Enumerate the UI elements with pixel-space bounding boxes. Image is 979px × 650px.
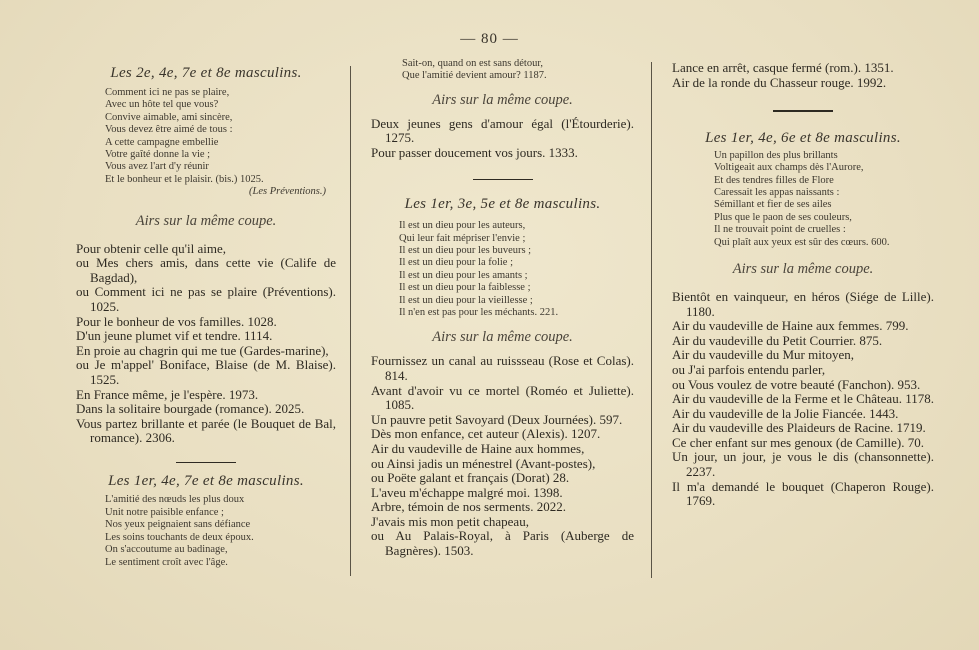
air-entry: Air du vaudeville de Haine aux hommes, <box>371 442 634 457</box>
verse-line: Que l'amitié devient amour? 1187. <box>402 70 634 82</box>
verse-source: (Les Préventions.) <box>105 186 336 198</box>
section-heading: Les 1er, 4e, 6e et 8e masculins. <box>672 130 934 147</box>
air-entry: Ce cher enfant sur mes genoux (de Camill… <box>672 436 934 451</box>
verse-line: Le sentiment croît avec l'âge. <box>105 557 336 569</box>
air-entry: Bientôt en vainqueur, en héros (Siége de… <box>672 290 934 319</box>
air-entry: ou J'ai parfois entendu parler, <box>672 363 934 378</box>
column-divider <box>651 62 652 578</box>
air-entry: Un jour, un jour, je vous le dis (chanso… <box>672 450 934 479</box>
airs-heading: Airs sur la même coupe. <box>371 92 634 109</box>
verse-line: Il n'en est pas pour les méchants. 221. <box>399 307 634 319</box>
verse-line: Il est un dieu pour la vieillesse ; <box>399 295 634 307</box>
section-heading: Les 1er, 3e, 5e et 8e masculins. <box>371 196 634 213</box>
air-entry: Air du vaudeville des Plaideurs de Racin… <box>672 421 934 436</box>
verse-block: Un papillon des plus brillants Voltigeai… <box>672 150 934 249</box>
verse-line: Et le bonheur et le plaisir. (bis.) 1025… <box>105 174 336 186</box>
verse-line: Unit notre paisible enfance ; <box>105 507 336 519</box>
air-entry: Air du vaudeville du Mur mitoyen, <box>672 348 934 363</box>
air-entry: Air du vaudeville de la Jolie Fiancée. 1… <box>672 407 934 422</box>
verse-line: Caressait les appas naissants : <box>714 187 934 199</box>
verse-line: Il est un dieu pour les amants ; <box>399 270 634 282</box>
air-entry: Pour obtenir celle qu'il aime, <box>76 242 336 257</box>
air-entry: J'avais mis mon petit chapeau, <box>371 515 634 530</box>
air-entry: Arbre, témoin de nos serments. 2022. <box>371 500 634 515</box>
air-entry: Vous partez brillante et parée (le Bouqu… <box>76 417 336 446</box>
verse-line: Les soins touchants de deux époux. <box>105 532 336 544</box>
air-entry: ou Poëte galant et français (Dorat) 28. <box>371 471 634 486</box>
verse-line: Votre gaîté donne la vie ; <box>105 149 336 161</box>
air-entry: Pour passer doucement vos jours. 1333. <box>371 146 634 161</box>
air-entry: L'aveu m'échappe malgré moi. 1398. <box>371 486 634 501</box>
verse-block: Il est un dieu pour les auteurs, Qui leu… <box>371 220 634 319</box>
air-entry: Air de la ronde du Chasseur rouge. 1992. <box>672 76 934 91</box>
verse-line: Voltigeait aux champs dès l'Aurore, <box>714 162 934 174</box>
air-entry: Avant d'avoir vu ce mortel (Roméo et Jul… <box>371 384 634 413</box>
air-entry: Air du vaudeville de Haine aux femmes. 7… <box>672 319 934 334</box>
verse-block: Comment ici ne pas se plaire, Avec un hô… <box>76 87 336 199</box>
verse-block: Sait-on, quand on est sans détour, Que l… <box>371 58 634 83</box>
page-number: — 80 — <box>0 31 979 48</box>
verse-line: Plus que le paon de ses couleurs, <box>714 212 934 224</box>
verse-line: Sait-on, quand on est sans détour, <box>402 58 634 70</box>
verse-line: Il est un dieu pour la faiblesse ; <box>399 282 634 294</box>
column-right: Lance en arrêt, casque fermé (rom.). 135… <box>672 58 934 509</box>
air-entry: Lance en arrêt, casque fermé (rom.). 135… <box>672 61 934 76</box>
verse-line: Il ne trouvait point de cruelles : <box>714 224 934 236</box>
verse-line: Comment ici ne pas se plaire, <box>105 87 336 99</box>
air-entry: ou Je m'appel' Boniface, Blaise (de M. B… <box>76 358 336 387</box>
air-entry: Un pauvre petit Savoyard (Deux Journées)… <box>371 413 634 428</box>
section-heading: Les 2e, 4e, 7e et 8e masculins. <box>76 65 336 82</box>
airs-heading: Airs sur la même coupe. <box>371 329 634 346</box>
verse-line: Il est un dieu pour les auteurs, <box>399 220 634 232</box>
air-entry: Deux jeunes gens d'amour égal (l'Étourde… <box>371 117 634 146</box>
air-entry: Il m'a demandé le bouquet (Chaperon Roug… <box>672 480 934 509</box>
verse-line: Qui leur fait mépriser l'envie ; <box>399 233 634 245</box>
airs-heading: Airs sur la même coupe. <box>76 213 336 230</box>
column-left: Les 2e, 4e, 7e et 8e masculins. Comment … <box>76 58 336 569</box>
verse-line: Nos yeux peignaient sans défiance <box>105 519 336 531</box>
column-divider <box>350 66 351 576</box>
verse-line: Il est un dieu pour la folie ; <box>399 257 634 269</box>
air-entry: ou Vous voulez de votre beauté (Fanchon)… <box>672 378 934 393</box>
air-entry: D'un jeune plumet vif et tendre. 1114. <box>76 329 336 344</box>
air-entry: Pour le bonheur de vos familles. 1028. <box>76 315 336 330</box>
air-entry: En France même, je l'espère. 1973. <box>76 388 336 403</box>
airs-heading: Airs sur la même coupe. <box>672 261 934 278</box>
air-entry: ou Comment ici ne pas se plaire (Prévent… <box>76 285 336 314</box>
verse-line: Il est un dieu pour les buveurs ; <box>399 245 634 257</box>
air-entry: ou Au Palais-Royal, à Paris (Auberge de … <box>371 529 634 558</box>
verse-line: Sémillant et fier de ses ailes <box>714 199 934 211</box>
air-entry: Dans la solitaire bourgade (romance). 20… <box>76 402 336 417</box>
air-entry: Air du vaudeville du Petit Courrier. 875… <box>672 334 934 349</box>
verse-line: Et des tendres filles de Flore <box>714 175 934 187</box>
verse-line: Avec un hôte tel que vous? <box>105 99 336 111</box>
verse-line: Vous avez l'art d'y réunir <box>105 161 336 173</box>
verse-line: On s'accoutume au badinage, <box>105 544 336 556</box>
air-entry: Dès mon enfance, cet auteur (Alexis). 12… <box>371 427 634 442</box>
verse-line: L'amitié des nœuds les plus doux <box>105 494 336 506</box>
air-entry: Fournissez un canal au ruissseau (Rose e… <box>371 354 634 383</box>
verse-line: Un papillon des plus brillants <box>714 150 934 162</box>
air-entry: ou Ainsi jadis un ménestrel (Avant-poste… <box>371 457 634 472</box>
air-entry: En proie au chagrin qui me tue (Gardes-m… <box>76 344 336 359</box>
column-middle: Sait-on, quand on est sans détour, Que l… <box>371 58 634 559</box>
verse-block: L'amitié des nœuds les plus doux Unit no… <box>76 494 336 568</box>
air-entry: ou Mes chers amis, dans cette vie (Calif… <box>76 256 336 285</box>
air-entry: Air du vaudeville de la Ferme et le Chât… <box>672 392 934 407</box>
verse-line: Vous devez être aimé de tous : <box>105 124 336 136</box>
section-heading: Les 1er, 4e, 7e et 8e masculins. <box>76 473 336 490</box>
verse-line: Convive aimable, ami sincère, <box>105 112 336 124</box>
verse-line: Qui plaît aux yeux est sûr des cœurs. 60… <box>714 237 934 249</box>
verse-line: A cette campagne embellie <box>105 137 336 149</box>
